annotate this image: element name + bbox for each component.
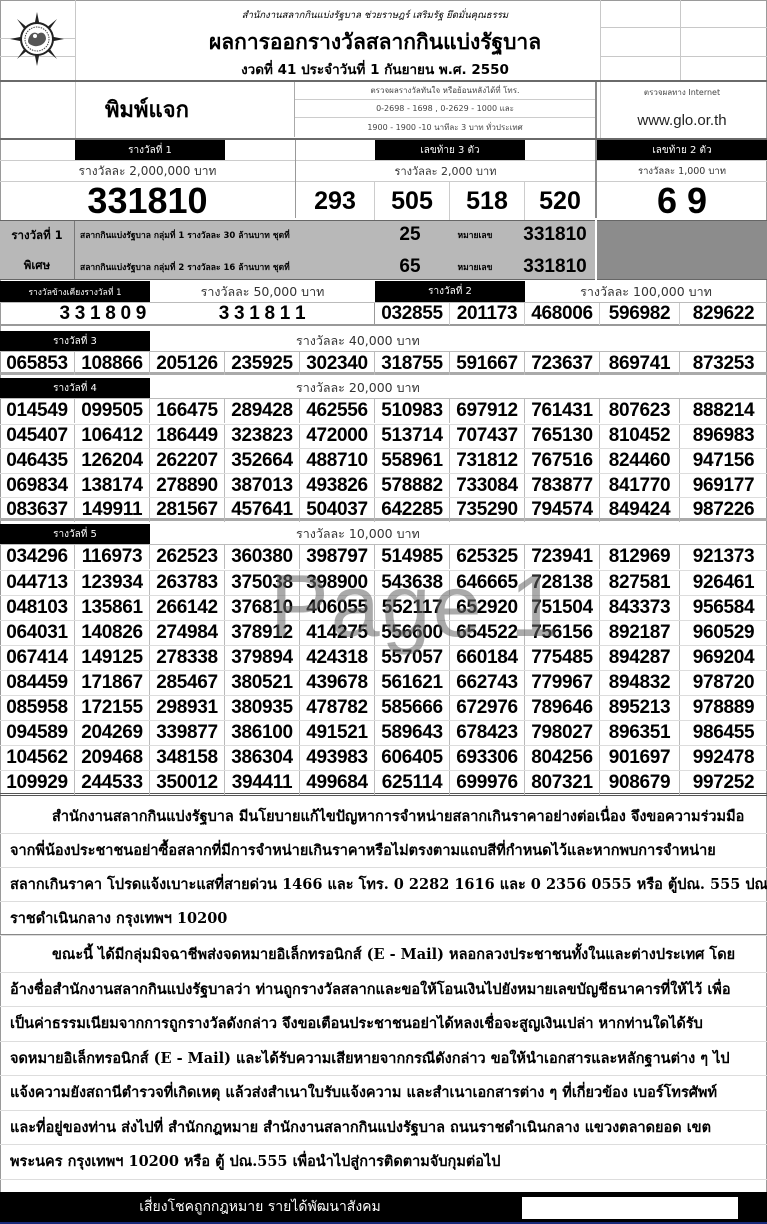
special-row-desc: สลากกินแบ่งรัฐบาล กลุ่มที่ 1 รางวัลละ 30… [80, 224, 380, 246]
prize5-number: 244533 [75, 771, 150, 795]
prize3-number: 318755 [375, 352, 450, 375]
prize5-number: 285467 [150, 671, 225, 695]
near1-amount: รางวัลละ 50,000 บาท [150, 281, 375, 302]
special-row-desc: สลากกินแบ่งรัฐบาล กลุ่มที่ 2 รางวัลละ 16… [80, 256, 380, 278]
prize5-number: 662743 [450, 671, 525, 695]
prize5-number: 380521 [225, 671, 300, 695]
prize5-number: 892187 [600, 621, 680, 645]
table-row: 0454071064121864493238234720005137147074… [0, 424, 767, 449]
prize4-number: 472000 [300, 425, 375, 449]
prize5-number: 386100 [225, 721, 300, 745]
prize5-number: 376810 [225, 596, 300, 620]
prize5-number: 552117 [375, 596, 450, 620]
prize4-number: 987226 [680, 498, 767, 522]
prize4-number: 765130 [525, 425, 600, 449]
prize3-row: 0658531088662051262359253023403187555916… [0, 351, 767, 375]
draw-info: งวดที่ 41 ประจำวันที่ 1 กันยายน พ.ศ. 255… [150, 58, 600, 80]
prize4-number: 733084 [450, 474, 525, 498]
prize4-number: 735290 [450, 498, 525, 522]
notice-overpricing: สำนักงานสลากกินแบ่งรัฐบาล มีนโยบายแก้ไขป… [0, 800, 767, 936]
blank-panel [597, 220, 767, 280]
prize4-number: 888214 [680, 399, 767, 423]
prize5-number: 556600 [375, 621, 450, 645]
prize4-number: 106412 [75, 425, 150, 449]
prize4-number: 488710 [300, 449, 375, 473]
prize4-number: 493826 [300, 474, 375, 498]
table-row: 0447131239342637833750383989005436386466… [0, 570, 767, 595]
last2-number: 6 9 [597, 182, 767, 220]
title-text: ผลการออกรางวัลสลากกินแบ่งรัฐบาล [209, 26, 541, 59]
prize3-number: 108866 [75, 352, 150, 375]
prize5-number: 379894 [225, 646, 300, 670]
notice-email-scam: ขณะนี้ ได้มีกลุ่มมิจฉาชีพส่งจดหมายอิเล็ก… [0, 938, 767, 1180]
prize5-number: 678423 [450, 721, 525, 745]
internet-label: ตรวจผลทาง Internet [597, 82, 767, 102]
prize4-number: 841770 [600, 474, 680, 498]
last2-label: เลขท้าย 2 ตัว [597, 140, 767, 160]
prize5-number: 048103 [0, 596, 75, 620]
prize4-number: 149911 [75, 498, 150, 522]
footer-slogan: เสี่ยงโชคถูกกฎหมาย รายได้พัฒนาสังคม [60, 1192, 460, 1222]
notice-line: อ้างชื่อสำนักงานสลากกินแบ่งรัฐบาลว่า ท่า… [0, 973, 767, 1008]
prize5-number: 339877 [150, 721, 225, 745]
prize5-number: 756156 [525, 621, 600, 645]
prize5-number: 693306 [450, 746, 525, 770]
near1-number: 3 3 1 8 1 1 [150, 303, 375, 325]
prize5-number: 109929 [0, 771, 75, 795]
prize2-amount: รางวัลละ 100,000 บาท [525, 281, 767, 302]
prize5-number: 901697 [600, 746, 680, 770]
prize5-grid: 0342961169732625233603803987975149856253… [0, 544, 767, 796]
prize4-number: 969177 [680, 474, 767, 498]
prize4-number: 289428 [225, 399, 300, 423]
prize5-number: 986455 [680, 721, 767, 745]
tagline-text: สำนักงานสลากกินแบ่งรัฐบาล ช่วยราษฎร์ เสร… [242, 8, 508, 23]
prize5-number: 499684 [300, 771, 375, 795]
last3-number: 505 [375, 182, 450, 220]
prize4-grid: 0145490995051664752894284625565109836979… [0, 398, 767, 521]
table-row: 0342961169732625233603803987975149856253… [0, 545, 767, 570]
prize5-number: 543638 [375, 571, 450, 595]
notice-line: แจ้งความยังสถานีตำรวจที่เกิดเหตุ แล้วส่ง… [0, 1076, 767, 1111]
table-row: 0674141491252783383798944243185570576601… [0, 645, 767, 670]
prize4-number: 558961 [375, 449, 450, 473]
prize4-number: 262207 [150, 449, 225, 473]
prize1-amount: รางวัลละ 2,000,000 บาท [0, 160, 295, 182]
prize5-number: 779967 [525, 671, 600, 695]
prize4-label: รางวัลที่ 4 [0, 378, 150, 398]
prize5-number: 775485 [525, 646, 600, 670]
last2-amount: รางวัลละ 1,000 บาท [597, 160, 767, 182]
prize5-number: 606405 [375, 746, 450, 770]
prize4-number: 186449 [150, 425, 225, 449]
special-label-line1: รางวัลที่ 1 [0, 222, 74, 250]
prize5-number: 956584 [680, 596, 767, 620]
notice-line: ราชดำเนินกลาง กรุงเทพฯ 10200 [0, 902, 767, 936]
prize4-number: 761431 [525, 399, 600, 423]
prize3-number: 205126 [150, 352, 225, 375]
prize3-number: 873253 [680, 352, 767, 375]
prize5-number: 699976 [450, 771, 525, 795]
prize2-number: 829622 [680, 303, 767, 325]
prize5-number: 723941 [525, 545, 600, 569]
prize5-number: 123934 [75, 571, 150, 595]
prize4-number: 462556 [300, 399, 375, 423]
notice-line: สำนักงานสลากกินแบ่งรัฐบาล มีนโยบายแก้ไขป… [0, 800, 767, 834]
table-row: 0836371499112815674576415040376422857352… [0, 497, 767, 522]
prize3-number: 869741 [600, 352, 680, 375]
prize5-number: 398900 [300, 571, 375, 595]
prize5-number: 204269 [75, 721, 150, 745]
prize5-number: 094589 [0, 721, 75, 745]
last3-amount: รางวัลละ 2,000 บาท [296, 160, 595, 182]
prize4-number: 387013 [225, 474, 300, 498]
notice-line: สลากเกินราคา โปรดแจ้งเบาะแสที่สายด่วน 14… [0, 868, 767, 902]
prize5-number: 104562 [0, 746, 75, 770]
prize3-number: 235925 [225, 352, 300, 375]
last3-number: 518 [450, 182, 525, 220]
notice-line: และที่อยู่ของท่าน ส่งไปที่ สำนักกฎหมาย ส… [0, 1111, 767, 1146]
prize5-number: 585666 [375, 696, 450, 720]
prize4-number: 794574 [525, 498, 600, 522]
prize4-number: 513714 [375, 425, 450, 449]
prize5-number: 646665 [450, 571, 525, 595]
prize4-number: 707437 [450, 425, 525, 449]
prize5-number: 804256 [525, 746, 600, 770]
prize2-number: 468006 [525, 303, 600, 325]
table-row: 0464351262042622073526644887105589617318… [0, 448, 767, 473]
prize3-number: 591667 [450, 352, 525, 375]
prize5-number: 478782 [300, 696, 375, 720]
notice-line: ขณะนี้ ได้มีกลุ่มมิจฉาชีพส่งจดหมายอิเล็ก… [0, 938, 767, 973]
prize5-number: 298931 [150, 696, 225, 720]
prize5-number: 424318 [300, 646, 375, 670]
prize5-number: 992478 [680, 746, 767, 770]
prize4-number: 807623 [600, 399, 680, 423]
prize5-number: 263783 [150, 571, 225, 595]
prize5-number: 751504 [525, 596, 600, 620]
prize4-number: 849424 [600, 498, 680, 522]
prize4-number: 510983 [375, 399, 450, 423]
prize5-number: 789646 [525, 696, 600, 720]
print-label: พิมพ์แจก [0, 82, 295, 137]
prize5-number: 960529 [680, 621, 767, 645]
prize5-number: 406055 [300, 596, 375, 620]
last3-number: 293 [296, 182, 375, 220]
footer-blank-box [522, 1197, 738, 1219]
prize5-number: 140826 [75, 621, 150, 645]
prize4-number: 099505 [75, 399, 150, 423]
prize5-label: รางวัลที่ 5 [0, 524, 150, 544]
table-row: 1099292445333500123944114996846251146999… [0, 770, 767, 795]
prize5-number: 172155 [75, 696, 150, 720]
prize5-amount: รางวัลละ 10,000 บาท [296, 524, 596, 544]
prize5-number: 064031 [0, 621, 75, 645]
prize4-number: 504037 [300, 498, 375, 522]
table-row: 0145490995051664752894284625565109836979… [0, 399, 767, 424]
prize2-number: 201173 [450, 303, 525, 325]
prize5-number: 375038 [225, 571, 300, 595]
prize5-number: 350012 [150, 771, 225, 795]
prize4-number: 947156 [680, 449, 767, 473]
prize4-number: 083637 [0, 498, 75, 522]
prize4-number: 014549 [0, 399, 75, 423]
special-number: 331810 [515, 254, 595, 280]
prize5-number: 394411 [225, 771, 300, 795]
special-set-number: 65 [390, 254, 430, 280]
prize5-number: 997252 [680, 771, 767, 795]
table-row: 0481031358612661423768104060555521176529… [0, 595, 767, 620]
phone-rate: 1900 - 1900 -10 นาทีละ 3 บาท ทั่วประเทศ [295, 118, 595, 137]
notice-line: จดหมายอิเล็กทรอนิกส์ (E - Mail) และได้รั… [0, 1042, 767, 1077]
last3-number: 520 [525, 182, 595, 220]
prize4-number: 767516 [525, 449, 600, 473]
prize4-number: 731812 [450, 449, 525, 473]
prize4-number: 697912 [450, 399, 525, 423]
prize5-number: 149125 [75, 646, 150, 670]
prize4-number: 824460 [600, 449, 680, 473]
prize4-number: 045407 [0, 425, 75, 449]
prize5-number: 827581 [600, 571, 680, 595]
prize5-number: 798027 [525, 721, 600, 745]
prize5-number: 386304 [225, 746, 300, 770]
special-number-label: หมายเลข [440, 222, 510, 248]
special-label-line2: พิเศษ [0, 252, 74, 280]
page-title: ผลการออกรางวัลสลากกินแบ่งรัฐบาล [150, 26, 600, 58]
table-row: 0658531088662051262359253023403187555916… [0, 352, 767, 376]
near1-prize2-row: 3 3 1 8 0 9 3 3 1 8 1 1 032855 201173 46… [0, 302, 767, 326]
prize5-number: 926461 [680, 571, 767, 595]
prize5-number: 084459 [0, 671, 75, 695]
phone-numbers[interactable]: 0-2698 - 1698 , 0-2629 - 1000 และ [295, 100, 595, 118]
prize4-number: 810452 [600, 425, 680, 449]
prize5-number: 085958 [0, 696, 75, 720]
prize4-number: 046435 [0, 449, 75, 473]
prize5-number: 652920 [450, 596, 525, 620]
prize5-number: 514985 [375, 545, 450, 569]
prize5-number: 171867 [75, 671, 150, 695]
prize5-number: 894832 [600, 671, 680, 695]
prize3-label: รางวัลที่ 3 [0, 331, 150, 351]
prize5-number: 728138 [525, 571, 600, 595]
table-row: 0945892042693398773861004915215896436784… [0, 720, 767, 745]
special-set-number: 25 [390, 222, 430, 248]
lottery-emblem-icon [6, 8, 68, 70]
prize2-number: 596982 [600, 303, 680, 325]
prize5-number: 262523 [150, 545, 225, 569]
prize5-number: 034296 [0, 545, 75, 569]
prize4-number: 278890 [150, 474, 225, 498]
table-row: 1045622094683481583863044939836064056933… [0, 745, 767, 770]
prize2-number: 032855 [375, 303, 450, 325]
prize3-number: 302340 [300, 352, 375, 375]
prize5-number: 978720 [680, 671, 767, 695]
draw-info-text: งวดที่ 41 ประจำวันที่ 1 กันยายน พ.ศ. 255… [241, 58, 509, 80]
prize4-number: 783877 [525, 474, 600, 498]
footer-bar: เสี่ยงโชคถูกกฎหมาย รายได้พัฒนาสังคม [0, 1192, 767, 1224]
prize5-number: 360380 [225, 545, 300, 569]
notice-line: จากพี่น้องประชาชนอย่าซื้อสลากที่มีการจำห… [0, 834, 767, 868]
prize5-number: 067414 [0, 646, 75, 670]
prize4-number: 642285 [375, 498, 450, 522]
prize4-number: 069834 [0, 474, 75, 498]
prize5-number: 969204 [680, 646, 767, 670]
prize4-amount: รางวัลละ 20,000 บาท [296, 378, 596, 398]
special-number-label: หมายเลข [440, 254, 510, 280]
prize5-number: 625114 [375, 771, 450, 795]
prize5-number: 812969 [600, 545, 680, 569]
prize5-number: 491521 [300, 721, 375, 745]
prize5-number: 044713 [0, 571, 75, 595]
prize3-number: 065853 [0, 352, 75, 375]
prize5-number: 807321 [525, 771, 600, 795]
prize5-number: 557057 [375, 646, 450, 670]
header-tagline: สำนักงานสลากกินแบ่งรัฐบาล ช่วยราษฎร์ เสร… [150, 5, 600, 25]
prize5-number: 439678 [300, 671, 375, 695]
table-row: 0640311408262749843789124142755566006545… [0, 620, 767, 645]
prize3-number: 723637 [525, 352, 600, 375]
prize5-number: 978889 [680, 696, 767, 720]
table-row: 0859581721552989313809354787825856666729… [0, 695, 767, 720]
prize5-number: 921373 [680, 545, 767, 569]
prize4-number: 281567 [150, 498, 225, 522]
prize5-number: 625325 [450, 545, 525, 569]
phone-check-label: ตรวจผลรางวัลทันใจ หรือย้อนหลังได้ที่ โทร… [295, 82, 595, 100]
prize4-number: 138174 [75, 474, 150, 498]
prize5-number: 908679 [600, 771, 680, 795]
prize5-number: 398797 [300, 545, 375, 569]
prize5-number: 348158 [150, 746, 225, 770]
prize5-number: 414275 [300, 621, 375, 645]
prize5-number: 672976 [450, 696, 525, 720]
prize2-label: รางวัลที่ 2 [375, 281, 525, 302]
notice-line: เป็นค่าธรรมเนียมจากการถูกรางวัลดังกล่าว … [0, 1007, 767, 1042]
prize5-number: 116973 [75, 545, 150, 569]
divider [74, 221, 75, 279]
prize3-amount: รางวัลละ 40,000 บาท [296, 331, 596, 351]
prize4-number: 126204 [75, 449, 150, 473]
prize5-number: 209468 [75, 746, 150, 770]
prize5-number: 135861 [75, 596, 150, 620]
prize4-number: 352664 [225, 449, 300, 473]
prize5-number: 266142 [150, 596, 225, 620]
prize5-number: 493983 [300, 746, 375, 770]
prize5-number: 843373 [600, 596, 680, 620]
near1-number: 3 3 1 8 0 9 [0, 303, 150, 325]
table-row: 0844591718672854673805214396785616216627… [0, 670, 767, 695]
prize5-number: 895213 [600, 696, 680, 720]
prize5-number: 894287 [600, 646, 680, 670]
prize4-number: 896983 [680, 425, 767, 449]
website-link[interactable]: www.glo.or.th [597, 104, 767, 136]
prize5-number: 278338 [150, 646, 225, 670]
prize4-number: 166475 [150, 399, 225, 423]
table-row: 0698341381742788903870134938265788827330… [0, 473, 767, 498]
last3-label: เลขท้าย 3 ตัว [375, 140, 525, 160]
prize5-number: 654522 [450, 621, 525, 645]
prize5-number: 896351 [600, 721, 680, 745]
prize5-number: 378912 [225, 621, 300, 645]
prize5-number: 589643 [375, 721, 450, 745]
prize1-label: รางวัลที่ 1 [75, 140, 225, 160]
near1-label: รางวัลข้างเคียงรางวัลที่ 1 [0, 281, 150, 302]
prize5-number: 660184 [450, 646, 525, 670]
notice-line: พระนคร กรุงเทพฯ 10200 หรือ ตู้ ปณ.555 เพ… [0, 1145, 767, 1180]
prize4-number: 457641 [225, 498, 300, 522]
prize5-number: 561621 [375, 671, 450, 695]
prize4-number: 578882 [375, 474, 450, 498]
special-number: 331810 [515, 222, 595, 248]
prize1-number: 331810 [0, 182, 295, 220]
prize5-number: 380935 [225, 696, 300, 720]
prize5-number: 274984 [150, 621, 225, 645]
prize4-number: 323823 [225, 425, 300, 449]
